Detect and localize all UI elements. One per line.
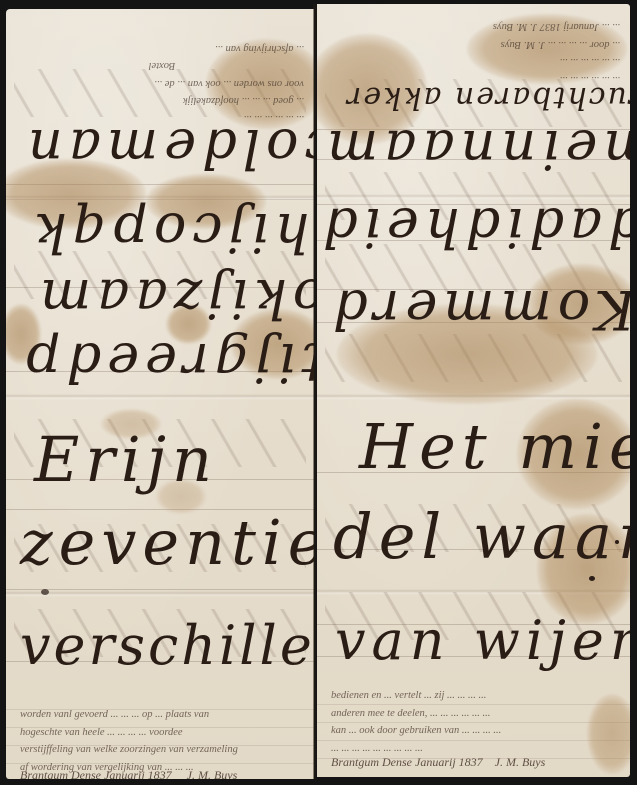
prose-line: voor ons worden ... ook van ... de ... (20, 75, 304, 93)
signature-line: Brantgum Dense Januarij 1837 J. M. Buys (20, 767, 304, 779)
prose-line: ... afschrijving van ... (20, 40, 304, 58)
paper-fold (6, 394, 314, 400)
upside-down-prose: ... ... ... ... ... ... ... goed ... ...… (20, 27, 304, 127)
practice-line: zeventien (20, 512, 314, 574)
prose-line: Boxtel (20, 57, 304, 75)
prose-block: bedienen en ... vertelt ... zij ... ... … (331, 687, 620, 757)
place-date: Brantgum Dense Januarij 1837 (20, 768, 172, 779)
prose-line: ... goed ... ... ... hoofdzakelijk (20, 92, 304, 110)
prose-line: ... door ... ... ... ... J. M. Buys (331, 36, 620, 54)
upside-down-prose: ... ... ... ... ... ... ... ... ... ... … (331, 8, 620, 88)
prose-line: worden vanl gevoerd ... ... ... op ... p… (20, 706, 304, 724)
paper-fold (6, 591, 314, 597)
prose-line: kan ... ook door gebruiken van ... ... .… (331, 722, 620, 740)
signature-line: Brantgum Dense Januarij 1837 J. M. Buys (331, 754, 620, 772)
prose-line: bedienen en ... vertelt ... zij ... ... … (331, 687, 620, 705)
prose-block: worden vanl gevoerd ... ... ... op ... p… (20, 706, 304, 776)
prose-line: ... ... Januarij 1837 J. M. Buys (331, 18, 620, 36)
ink-blot (41, 589, 49, 595)
practice-word: verschillende (20, 614, 314, 677)
scanned-document: ... ... ... ... ... ... ... goed ... ...… (0, 0, 637, 785)
practice-line-upside-down: Stijgreedp (20, 335, 314, 389)
practice-line: del waar (333, 506, 630, 568)
place-date: Brantgum Dense Januarij 1837 (331, 755, 483, 769)
practice-line-upside-down: coldeman (22, 121, 314, 175)
right-page: ... ... ... ... ... ... ... ... ... ... … (317, 4, 630, 777)
ruled-line (6, 589, 314, 590)
prose-line: verstijffeling van welke zoorzingen van … (20, 741, 304, 759)
practice-line-upside-down: hijcopqk (28, 205, 309, 259)
ink-blot (615, 540, 619, 544)
ink-blot (589, 576, 595, 581)
prose-line: hogeschte van heele ... ... ... ... voor… (20, 724, 304, 742)
practice-line-upside-down: mokijzaam (34, 271, 314, 325)
practice-line-upside-down: Cameinnaam (321, 122, 630, 176)
practice-line-upside-down: Vruchtbaren akker (345, 82, 630, 112)
practice-line-upside-down: Weldadidheid (317, 200, 630, 254)
practice-line: van wijens (335, 614, 630, 668)
practice-line: verschillende (20, 619, 314, 673)
signature: J. M. Buys (187, 768, 238, 779)
prose-line: anderen mee te deelen, ... ... ... ... .… (331, 705, 620, 723)
center-fold (313, 4, 317, 779)
prose-line: ... ... ... ... ... ... (331, 53, 620, 71)
left-page: ... ... ... ... ... ... ... goed ... ...… (6, 9, 314, 779)
practice-line: Het mie- (359, 416, 630, 478)
signature: J. M. Buys (495, 755, 546, 769)
practice-line: Erijn (34, 429, 218, 491)
practice-line-upside-down: Kommerd (327, 282, 630, 336)
